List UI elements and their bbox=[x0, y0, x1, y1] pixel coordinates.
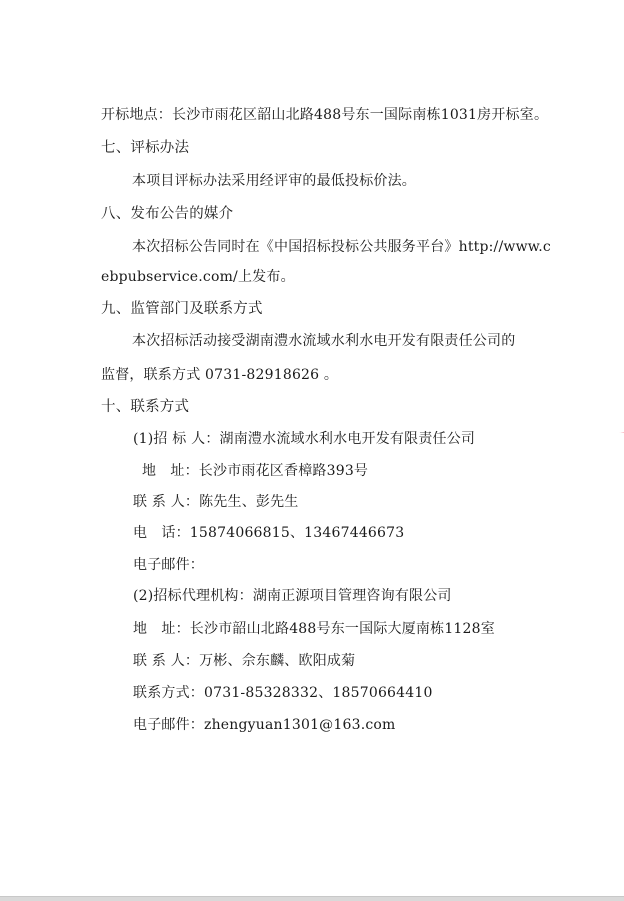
section-7-heading: 七、评标办法 bbox=[101, 139, 189, 157]
agency-title: (2)招标代理机构：湖南正源项目管理咨询有限公司 bbox=[133, 587, 452, 605]
section-7-body: 本项目评标办法采用经评审的最低投标价法。 bbox=[132, 172, 416, 190]
section-9-heading: 九、监管部门及联系方式 bbox=[101, 300, 263, 318]
page-bottom-edge bbox=[0, 896, 624, 901]
tenderer-address: 地 址：长沙市雨花区香樟路393号 bbox=[142, 462, 368, 480]
section-8-body-line-2: ebpubservice.com/上发布。 bbox=[101, 268, 295, 286]
tenderer-contact: 联 系 人：陈先生、彭先生 bbox=[133, 493, 299, 511]
tenderer-phone: 电 话：15874066815、13467446673 bbox=[133, 524, 404, 542]
section-8-heading: 八、发布公告的媒介 bbox=[101, 205, 233, 223]
section-10-heading: 十、联系方式 bbox=[101, 398, 189, 416]
document-page: 开标地点：长沙市雨花区韶山北路488号东一国际南栋1031房开标室。 七、评标办… bbox=[0, 0, 624, 897]
tenderer-email: 电子邮件： bbox=[133, 556, 204, 574]
agency-contact: 联 系 人：万彬、佘东麟、欧阳成菊 bbox=[133, 652, 355, 670]
section-9-body-line-2: 监督，联系方式 0731-82918626 。 bbox=[101, 366, 338, 384]
bid-opening-location: 开标地点：长沙市雨花区韶山北路488号东一国际南栋1031房开标室。 bbox=[101, 106, 548, 124]
agency-phone: 联系方式：0731-85328332、18570664410 bbox=[133, 684, 433, 702]
section-8-body-line-1: 本次招标公告同时在《中国招标投标公共服务平台》http://www.c bbox=[132, 238, 551, 256]
red-seal-stamp-edge bbox=[598, 431, 624, 504]
tenderer-title: (1)招 标 人：湖南澧水流域水利水电开发有限责任公司 bbox=[133, 430, 475, 448]
section-9-body-line-1: 本次招标活动接受湖南澧水流域水利水电开发有限责任公司的 bbox=[132, 332, 515, 350]
agency-email: 电子邮件：zhengyuan1301@163.com bbox=[133, 716, 396, 734]
agency-address: 地 址：长沙市韶山北路488号东一国际大厦南栋1128室 bbox=[133, 620, 495, 638]
